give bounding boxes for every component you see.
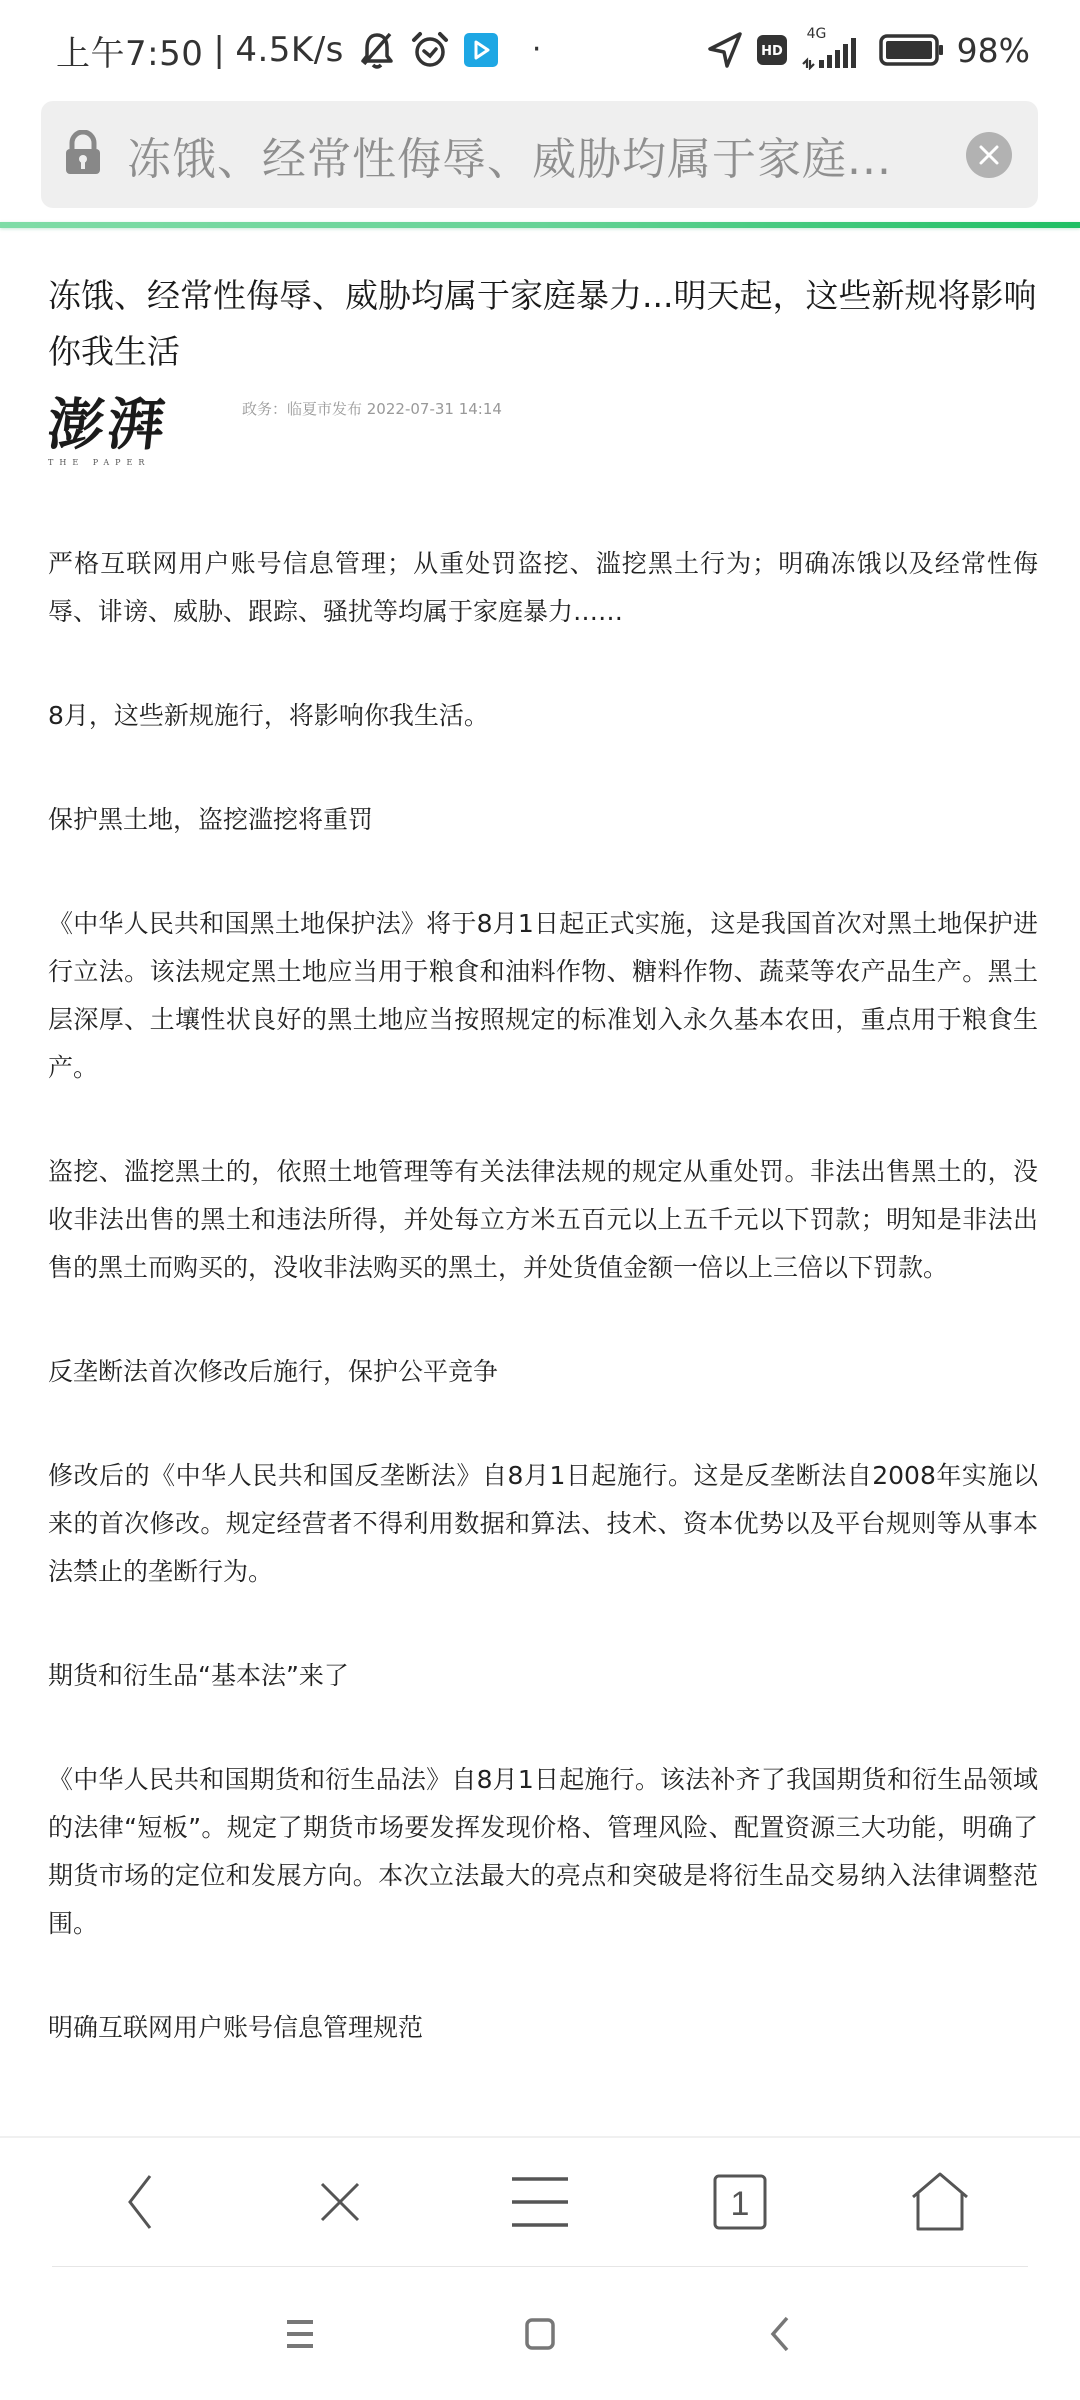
article-paragraph: 盗挖、滥挖黑土的，依照土地管理等有关法律法规的规定从重处罚。非法出售黑土的，没收…: [48, 1148, 1038, 1292]
home-icon: [909, 2171, 971, 2233]
square-icon: [524, 2317, 556, 2351]
back-nav-button[interactable]: [750, 2304, 810, 2364]
status-bar-left: 上午7:50 | 4.5K/s ·: [56, 26, 541, 75]
menu-icon: [510, 2175, 570, 2229]
recents-button[interactable]: [270, 2304, 330, 2364]
article-paragraph: 修改后的《中华人民共和国反垄断法》自8月1日起施行。这是反垄断法自2008年实施…: [48, 1452, 1038, 1596]
article-meta: 政务：临夏市发布 2022-07-31 14:14: [242, 398, 502, 484]
back-button[interactable]: [90, 2152, 190, 2252]
article-subheading: 保护黑土地，盗挖滥挖将重罚: [48, 796, 1038, 844]
close-page-button[interactable]: [290, 2152, 390, 2252]
status-bar: 上午7:50 | 4.5K/s · HD 4G: [0, 0, 1080, 100]
close-icon: [318, 2180, 362, 2224]
article-headline: 冻饿、经常性侮辱、威胁均属于家庭暴力...明天起，这些新规将影响你我生活: [48, 268, 1038, 380]
article-paragraph: 8月，这些新规施行，将影响你我生活。: [48, 692, 1038, 740]
browser-page: 上午7:50 | 4.5K/s · HD 4G: [0, 0, 1080, 2400]
svg-text:HD: HD: [761, 44, 783, 59]
address-bar[interactable]: 冻饿、经常性侮辱、威胁均属于家庭...: [41, 101, 1038, 208]
article-subheading: 明确互联网用户账号信息管理规范: [48, 2004, 1038, 2052]
alarm-icon: [410, 30, 450, 70]
hd-voice-icon: HD: [757, 35, 787, 65]
article-paragraph: 严格互联网用户账号信息管理；从重处罚盗挖、滥挖黑土行为；明确冻饿以及经常性侮辱、…: [48, 540, 1038, 636]
logo-text: 澎湃: [45, 394, 182, 456]
recents-icon: [285, 2319, 315, 2349]
browser-toolbar: 1: [0, 2136, 1080, 2266]
svg-text:1: 1: [731, 2185, 750, 2223]
signal-4g-icon: 4G: [801, 30, 865, 70]
status-separator: |: [213, 30, 225, 70]
tabs-icon: 1: [712, 2173, 768, 2231]
system-nav-bar: [0, 2267, 1080, 2400]
clear-address-button[interactable]: [966, 132, 1012, 178]
address-title[interactable]: 冻饿、经常性侮辱、威胁均属于家庭...: [127, 123, 946, 187]
article-subheading: 反垄断法首次修改后施行，保护公平竞争: [48, 1348, 1038, 1396]
dot-icon: ·: [532, 35, 542, 65]
source-logo: 澎湃 THE PAPER: [48, 394, 178, 474]
article-paragraph: 《中华人民共和国期货和衍生品法》自8月1日起施行。该法补齐了我国期货和衍生品领域…: [48, 1756, 1038, 1948]
battery-icon: [879, 33, 945, 67]
page-load-progress: [0, 222, 1080, 228]
home-button[interactable]: [890, 2152, 990, 2252]
chevron-left-icon: [120, 2172, 160, 2232]
back-icon: [769, 2316, 791, 2352]
tabs-button[interactable]: 1: [690, 2152, 790, 2252]
home-nav-button[interactable]: [510, 2304, 570, 2364]
lock-icon: [63, 130, 103, 180]
clear-icon: [978, 144, 1000, 166]
battery-percent: 98%: [957, 31, 1030, 70]
article-subheading: 期货和衍生品“基本法”来了: [48, 1652, 1038, 1700]
article-byline: 澎湃 THE PAPER 政务：临夏市发布 2022-07-31 14:14: [48, 394, 1038, 484]
article-paragraph: 《中华人民共和国黑土地保护法》将于8月1日起正式实施，这是我国首次对黑土地保护进…: [48, 900, 1038, 1092]
logo-subtitle: THE PAPER: [48, 458, 178, 467]
location-icon: [707, 31, 743, 69]
network-speed: 4.5K/s: [235, 30, 344, 70]
menu-button[interactable]: [490, 2152, 590, 2252]
app-notification-icon: [464, 33, 498, 67]
status-time: 上午7:50: [56, 26, 203, 75]
status-bar-right: HD 4G 98%: [693, 30, 1030, 70]
bell-muted-icon: [358, 30, 396, 70]
article: 冻饿、经常性侮辱、威胁均属于家庭暴力...明天起，这些新规将影响你我生活 澎湃 …: [48, 268, 1038, 2052]
